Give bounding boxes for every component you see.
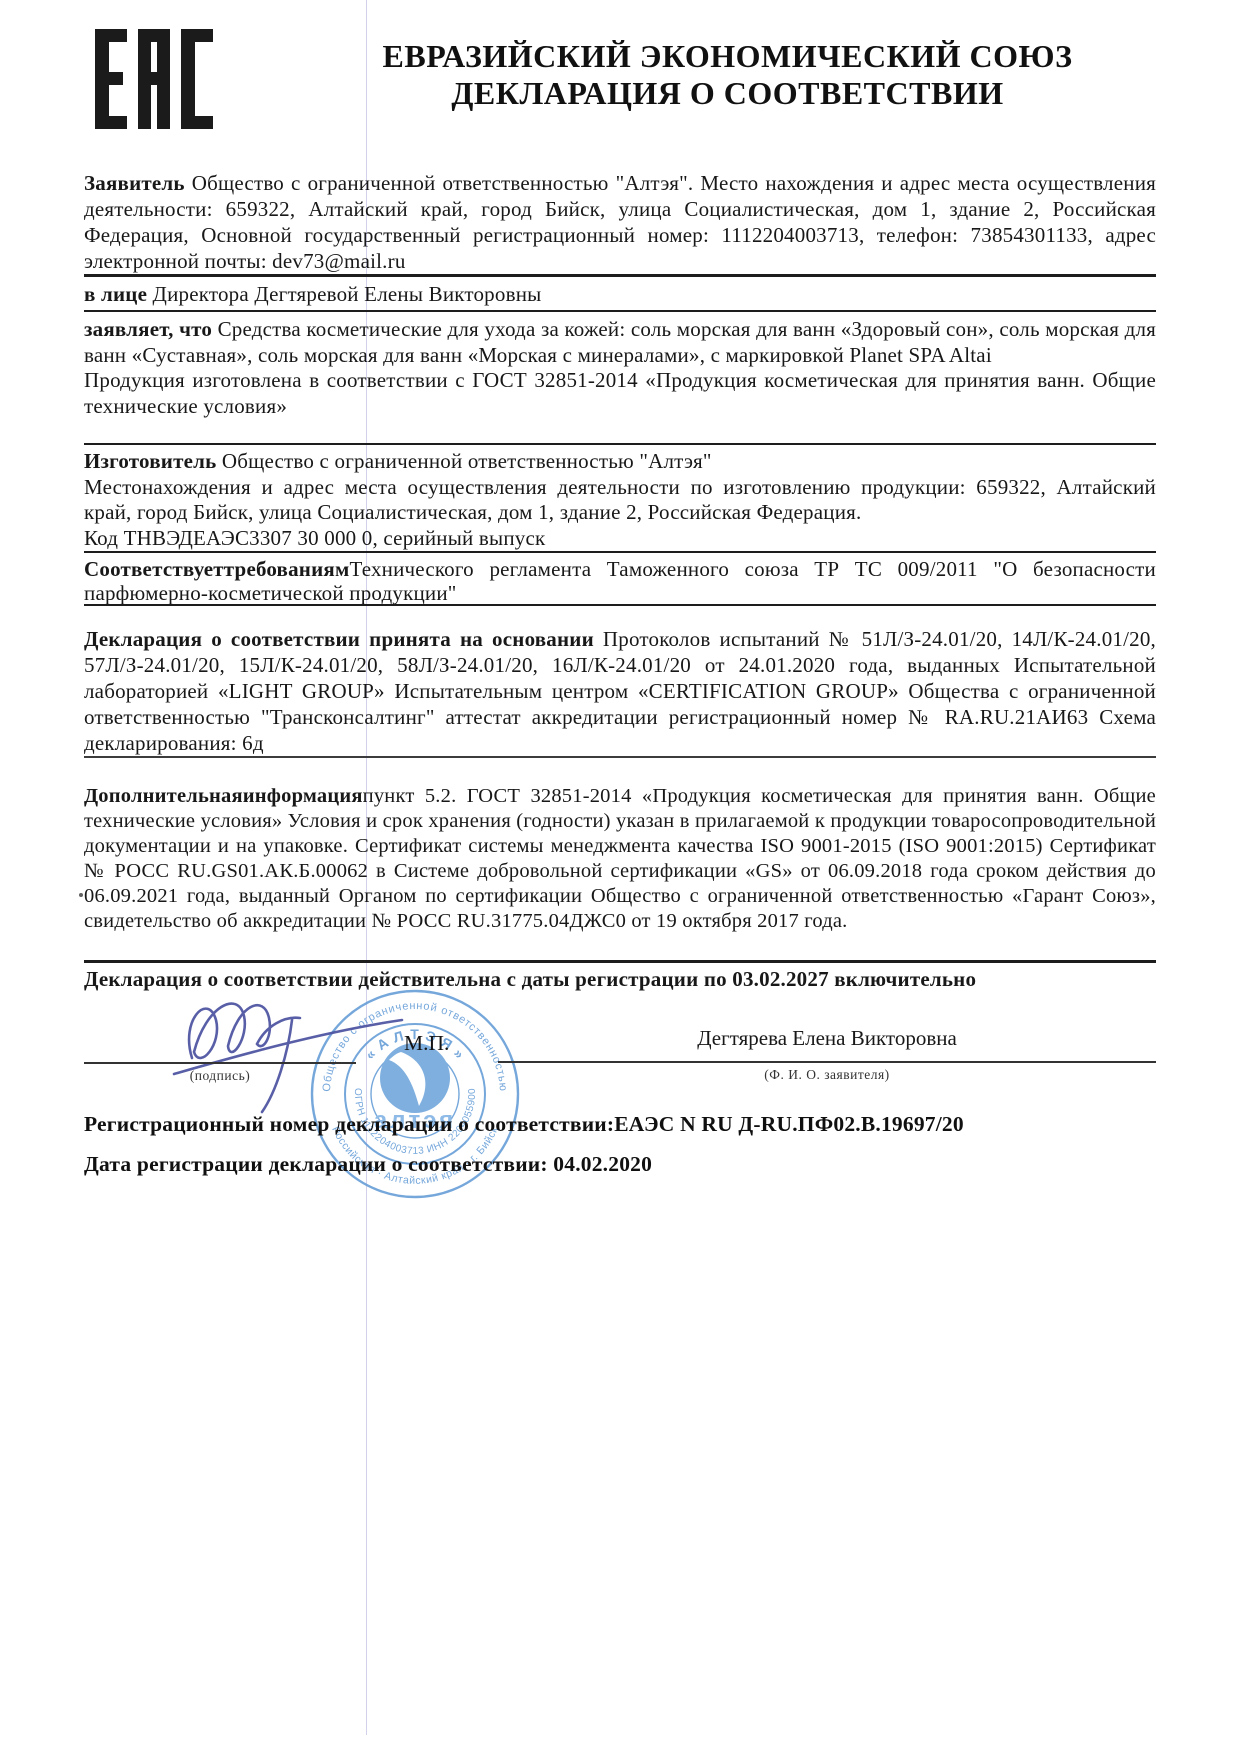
manufacturer-code: Код ТНВЭДЕАЭС3307 30 000 0, серийный вып… xyxy=(84,526,545,550)
manufacturer-text: Общество с ограниченной ответственностью… xyxy=(216,449,711,473)
declares-label: заявляет, что xyxy=(84,317,212,341)
section-manufacturer: Изготовитель Общество с ограниченной отв… xyxy=(84,449,1156,551)
title-declaration: ДЕКЛАРАЦИЯ О СООТВЕТСТВИИ xyxy=(255,75,1200,112)
declares-gost-text: Продукция изготовлена в соответствии с Г… xyxy=(84,368,1156,418)
manufacturer-address: Местонахождения и адрес места осуществле… xyxy=(84,475,1156,525)
declaration-document: ЕВРАЗИЙСКИЙ ЭКОНОМИЧЕСКИЙ СОЮЗ ДЕКЛАРАЦИ… xyxy=(0,0,1240,1753)
registration-number-label: Регистрационный номер декларации о соотв… xyxy=(84,1112,614,1136)
ink-dot-artifact xyxy=(79,893,83,897)
section-applicant: Заявитель Общество с ограниченной ответс… xyxy=(84,170,1156,274)
name-caption: (Ф. И. О. заявителя) xyxy=(498,1067,1156,1083)
handwritten-signature xyxy=(150,962,440,1117)
applicant-text: Общество с ограниченной ответственностью… xyxy=(84,171,1156,273)
in-person-label: в лице xyxy=(84,282,147,306)
divider xyxy=(84,551,1156,553)
divider xyxy=(84,443,1156,445)
declares-text: Средства косметические для ухода за коже… xyxy=(84,317,1156,367)
signature-caption: (подпись) xyxy=(120,1068,320,1084)
section-in-person: в лице Директора Дегтяревой Елены Виктор… xyxy=(84,281,1156,307)
compliance-label: Соответствуеттребованиям xyxy=(84,557,349,581)
eac-mark-icon xyxy=(95,28,213,130)
section-declares: заявляет, что Средства косметические для… xyxy=(84,317,1156,419)
stamp-place-abbr: М.П. xyxy=(404,1031,449,1056)
applicant-name: Дегтярева Елена Викторовна xyxy=(498,1026,1156,1051)
registration-date-label: Дата регистрации декларации о соответств… xyxy=(84,1152,548,1176)
registration-number-line: Регистрационный номер декларации о соотв… xyxy=(84,1112,1156,1137)
name-line xyxy=(498,1061,1156,1063)
document-title: ЕВРАЗИЙСКИЙ ЭКОНОМИЧЕСКИЙ СОЮЗ ДЕКЛАРАЦИ… xyxy=(255,38,1200,112)
title-union: ЕВРАЗИЙСКИЙ ЭКОНОМИЧЕСКИЙ СОЮЗ xyxy=(255,38,1200,75)
divider xyxy=(84,604,1156,606)
additional-text: пункт 5.2. ГОСТ 32851-2014 «Продукция ко… xyxy=(84,785,1156,932)
registration-date-value: 04.02.2020 xyxy=(548,1152,652,1176)
additional-label: Дополнительнаяинформация xyxy=(84,785,363,807)
divider xyxy=(84,756,1156,758)
basis-label: Декларация о соответствии принята на осн… xyxy=(84,627,594,651)
registration-number-value: ЕАЭС N RU Д-RU.ПФ02.В.19697/20 xyxy=(614,1112,964,1136)
manufacturer-label: Изготовитель xyxy=(84,449,216,473)
divider xyxy=(84,274,1156,277)
signature-line xyxy=(84,1062,356,1064)
section-compliance: СоответствуеттребованиямТехнического рег… xyxy=(84,558,1156,605)
section-basis: Декларация о соответствии принята на осн… xyxy=(84,626,1156,756)
registration-date-line: Дата регистрации декларации о соответств… xyxy=(84,1152,1156,1177)
applicant-label: Заявитель xyxy=(84,171,185,195)
section-additional: Дополнительнаяинформацияпункт 5.2. ГОСТ … xyxy=(84,784,1156,934)
in-person-text: Директора Дегтяревой Елены Викторовны xyxy=(147,282,541,306)
divider xyxy=(84,310,1156,312)
